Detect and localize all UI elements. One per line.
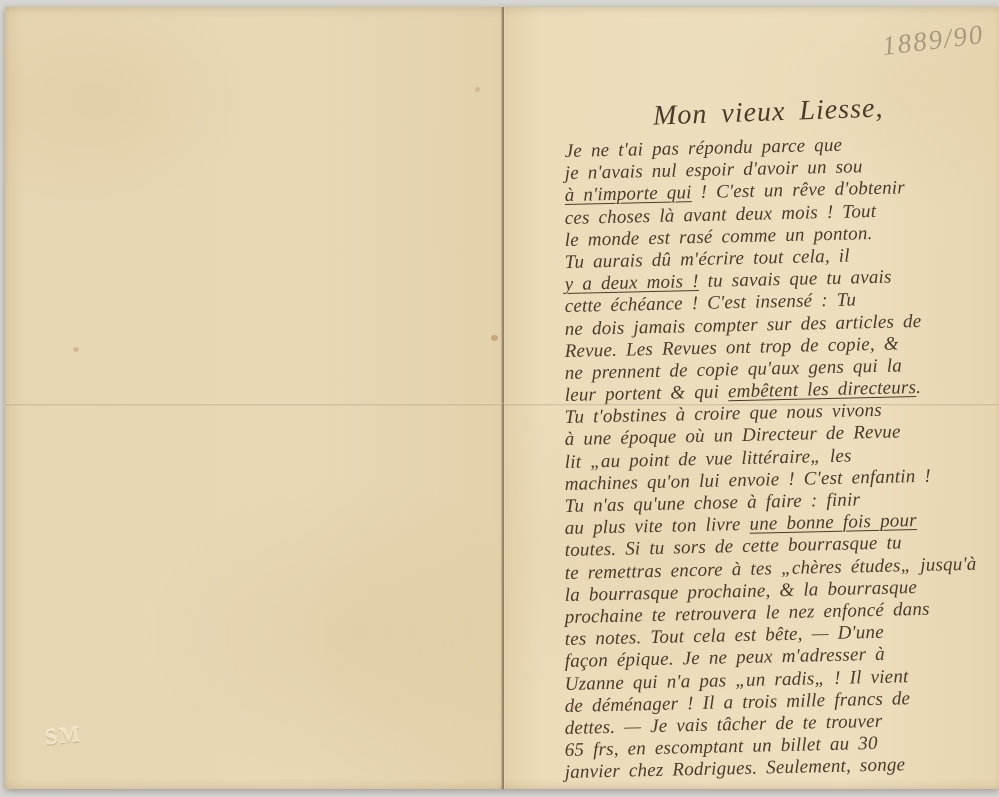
salutation: Mon vieux Liesse, [653,89,974,132]
underlined-phrase: y a deux mois ! [564,271,698,295]
foxing-spot [491,335,498,341]
embossed-stationer-mark: SM [44,721,84,751]
foxing-spot [73,347,79,352]
text-segment: . [916,377,921,398]
underlined-phrase: une bonne fois pour [749,510,917,535]
foxing-spot [475,87,480,92]
photo-backdrop: SM 1889/90 Mon vieux Liesse, Je ne t'ai … [0,0,999,797]
underlined-phrase: embêtent les directeurs [728,377,917,402]
text-segment: ! C'est un rêve d'obtenir [691,178,905,204]
underlined-phrase: à n'importe qui [564,183,691,207]
archival-date-annotation: 1889/90 [881,19,987,62]
letter-page-left-blank: SM [5,7,503,789]
center-fold-crease [501,7,505,789]
horizontal-fold-crease [5,403,999,406]
letter-body: Je ne t'ai pas répondu parce queje n'ava… [565,141,999,784]
foxing-spot [571,705,575,709]
letter-spread: SM 1889/90 Mon vieux Liesse, Je ne t'ai … [5,7,999,789]
text-segment: au plus vite ton livre [564,514,749,539]
letter-page-right: 1889/90 Mon vieux Liesse, Je ne t'ai pas… [503,7,999,789]
